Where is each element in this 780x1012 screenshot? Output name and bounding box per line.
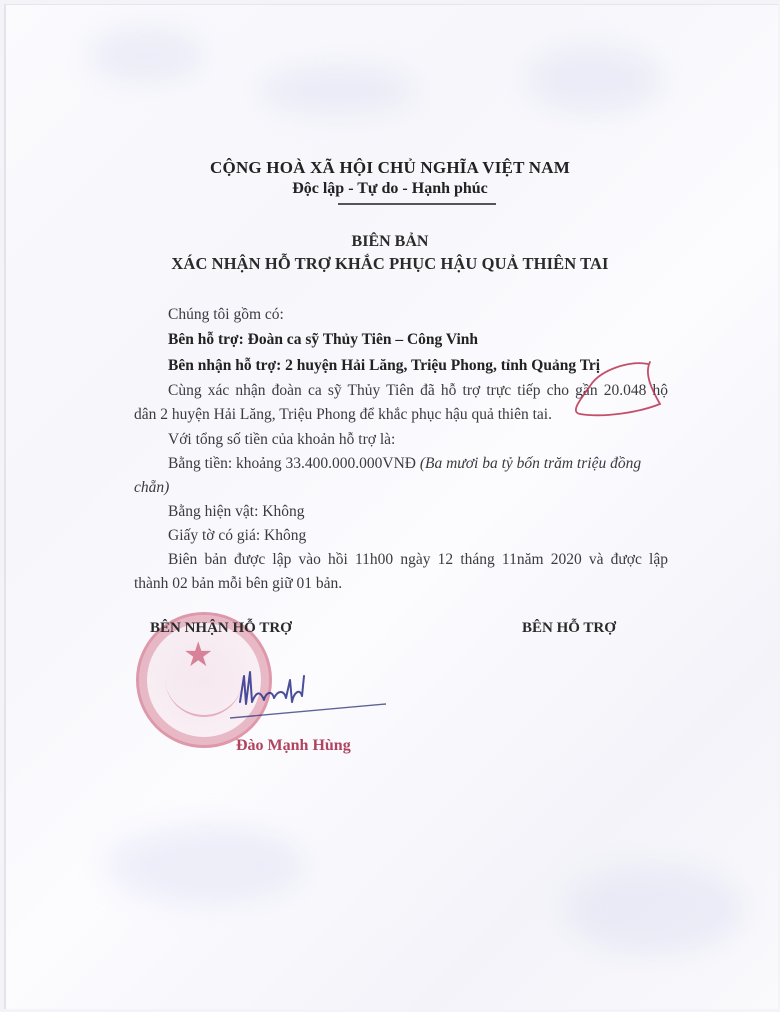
valuable-papers-line: Giấy tờ có giá: Không <box>168 527 306 545</box>
closing-line-1: Biên bản được lập vào hồi 11h00 ngày 12 … <box>168 551 668 569</box>
document-page <box>4 4 778 1009</box>
pen-annotation-icon <box>560 360 680 420</box>
recipient-signature-heading: BÊN NHẬN HỖ TRỢ <box>150 620 292 637</box>
motto-underline <box>338 203 496 205</box>
paper-stain <box>566 865 746 955</box>
paper-stain <box>86 25 206 85</box>
handwritten-signature-icon <box>230 662 390 722</box>
paper-stain <box>526 45 666 115</box>
national-motto: Độc lập - Tự do - Hạnh phúc <box>0 180 780 198</box>
star-icon: ★ <box>183 639 213 673</box>
cash-amount: Bằng tiền: khoảng 33.400.000.000VNĐ <box>168 455 416 472</box>
cash-amount-words: (Ba mươi ba tỷ bốn trăm triệu đồng <box>420 455 641 472</box>
paper-stain <box>106 825 306 905</box>
confirmation-line-2: dân 2 huyện Hải Lăng, Triệu Phong để khắ… <box>134 406 552 424</box>
cash-amount-words-end: chẵn) <box>134 479 169 497</box>
document-subtitle: XÁC NHẬN HỖ TRỢ KHẮC PHỤC HẬU QUẢ THIÊN … <box>0 254 780 274</box>
intro-text: Chúng tôi gồm có: <box>168 306 284 324</box>
in-kind-line: Bằng hiện vật: Không <box>168 503 304 521</box>
paper-stain <box>256 65 416 115</box>
document-title: BIÊN BẢN <box>0 233 780 251</box>
total-intro: Với tổng số tiền của khoản hỗ trợ là: <box>168 431 395 449</box>
supporter-signature-heading: BÊN HỖ TRỢ <box>522 620 616 637</box>
closing-line-2: thành 02 bản mỗi bên giữ 01 bản. <box>134 575 342 593</box>
recipient-signer-name: Đào Mạnh Hùng <box>236 737 351 755</box>
national-title: CỘNG HOÀ XÃ HỘI CHỦ NGHĨA VIỆT NAM <box>0 158 780 178</box>
cash-amount-line: Bằng tiền: khoảng 33.400.000.000VNĐ (Ba … <box>168 455 641 473</box>
supporter-line: Bên hỗ trợ: Đoàn ca sỹ Thủy Tiên – Công … <box>168 331 478 349</box>
recipient-line: Bên nhận hỗ trợ: 2 huyện Hải Lăng, Triệu… <box>168 357 600 375</box>
